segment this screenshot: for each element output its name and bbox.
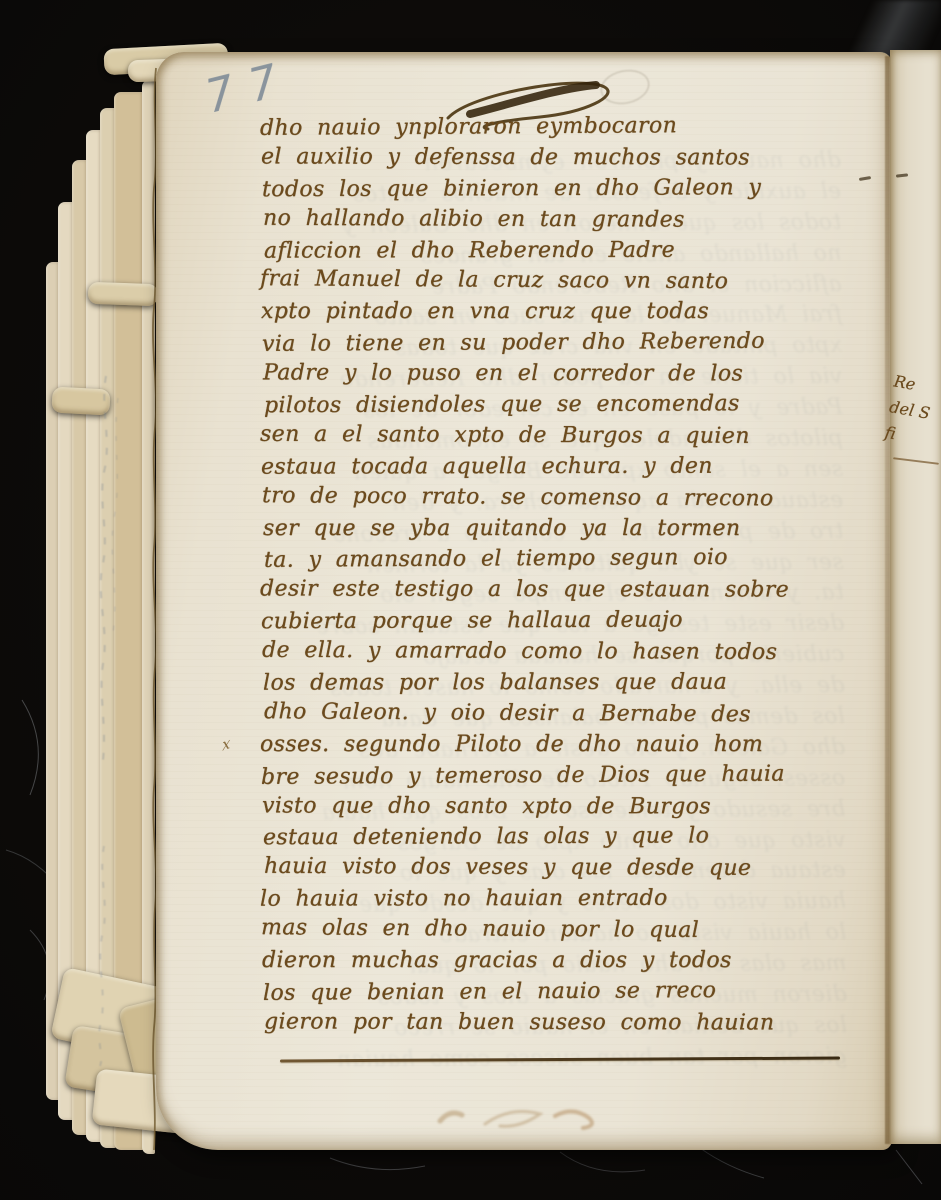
manuscript-text-line: afliccion el dho Reberendo Padre — [264, 237, 849, 269]
manuscript-text-line: no hallando alibio en tan grandes — [263, 205, 848, 238]
margin-tick-mark: x — [222, 733, 230, 755]
fore-edge-ink-traces — [90, 840, 126, 1070]
manuscript-text-line: cubierta porque se hallaua deuajo — [261, 607, 846, 640]
manuscript-text-line: dieron muchas gracias a dios y todos — [262, 948, 847, 979]
manuscript-text-line: los que benian en el nauio se rreco — [263, 977, 848, 1012]
manuscript-text-line: via lo tiene en su poder dho Reberendo — [262, 328, 847, 363]
manuscript-text-line: ta. y amansando el tiempo segun oio — [264, 545, 849, 580]
manuscript-text-line: dho nauio ynploraron eymbocaron — [260, 112, 845, 147]
manuscript-text-line: xpto pintado en vna cruz que todas — [261, 299, 846, 330]
manuscript-text-line: el auxilio y defenssa de muchos santos — [261, 144, 846, 176]
manuscript-text-line: hauia visto dos veses y que desde que — [264, 854, 849, 887]
manuscript-text-line: los demas por los balanses que daua — [263, 669, 848, 701]
manuscript-text-line: frai Manuel de la cruz saco vn santo — [260, 267, 845, 302]
ink-smudge — [425, 1086, 635, 1141]
manuscript-text-line: osses. segundo Piloto de dho nauio hom — [260, 732, 845, 763]
manuscript-text-line: gieron por tan buen suseso como hauian — [264, 1009, 849, 1041]
manuscript-text-line: dho Galeon. y oio desir a Bernabe des — [264, 699, 849, 734]
manuscript-text-line: estaua tocada aquella echura. y den — [261, 453, 846, 485]
manuscript-scan: 77 dho nauio ynploraron eymbocaronel aux… — [0, 0, 941, 1200]
manuscript-text-line: tro de poco rrato. se comenso a rrecono — [262, 483, 847, 518]
manuscript-text-line: visto que dho santo xpto de Burgos — [262, 793, 847, 825]
manuscript-text-line: mas olas en dho nauio por lo qual — [261, 915, 846, 950]
manuscript-text-line: ser que se yba quitando ya la tormen — [263, 516, 848, 547]
manuscript-text-line: Padre y lo puso en el corredor de los — [263, 361, 848, 393]
manuscript-text-line: desir este testigo a los que estauan sob… — [260, 577, 845, 609]
manuscript-text-line: bre sesudo y temeroso de Dios que hauia — [261, 761, 846, 796]
manuscript-text-block: dho nauio ynploraron eymbocaronel auxili… — [262, 114, 847, 1041]
fore-edge-ink-traces — [92, 368, 128, 788]
manuscript-text-line: de ella. y amarrado como lo hasen todos — [262, 638, 847, 671]
manuscript-text-line: sen a el santo xpto de Burgos a quien — [260, 422, 845, 455]
manuscript-text-line: lo hauia visto no hauian entrado — [260, 886, 845, 918]
manuscript-text-line: todos los que binieron en dho Galeon y — [262, 175, 847, 208]
next-page-sliver — [890, 50, 941, 1144]
manuscript-text-line: pilotos disiendoles que se encomendas — [264, 391, 849, 424]
manuscript-text-line: estaua deteniendo las olas y que lo — [263, 823, 848, 856]
gutter-crease — [885, 56, 890, 1144]
